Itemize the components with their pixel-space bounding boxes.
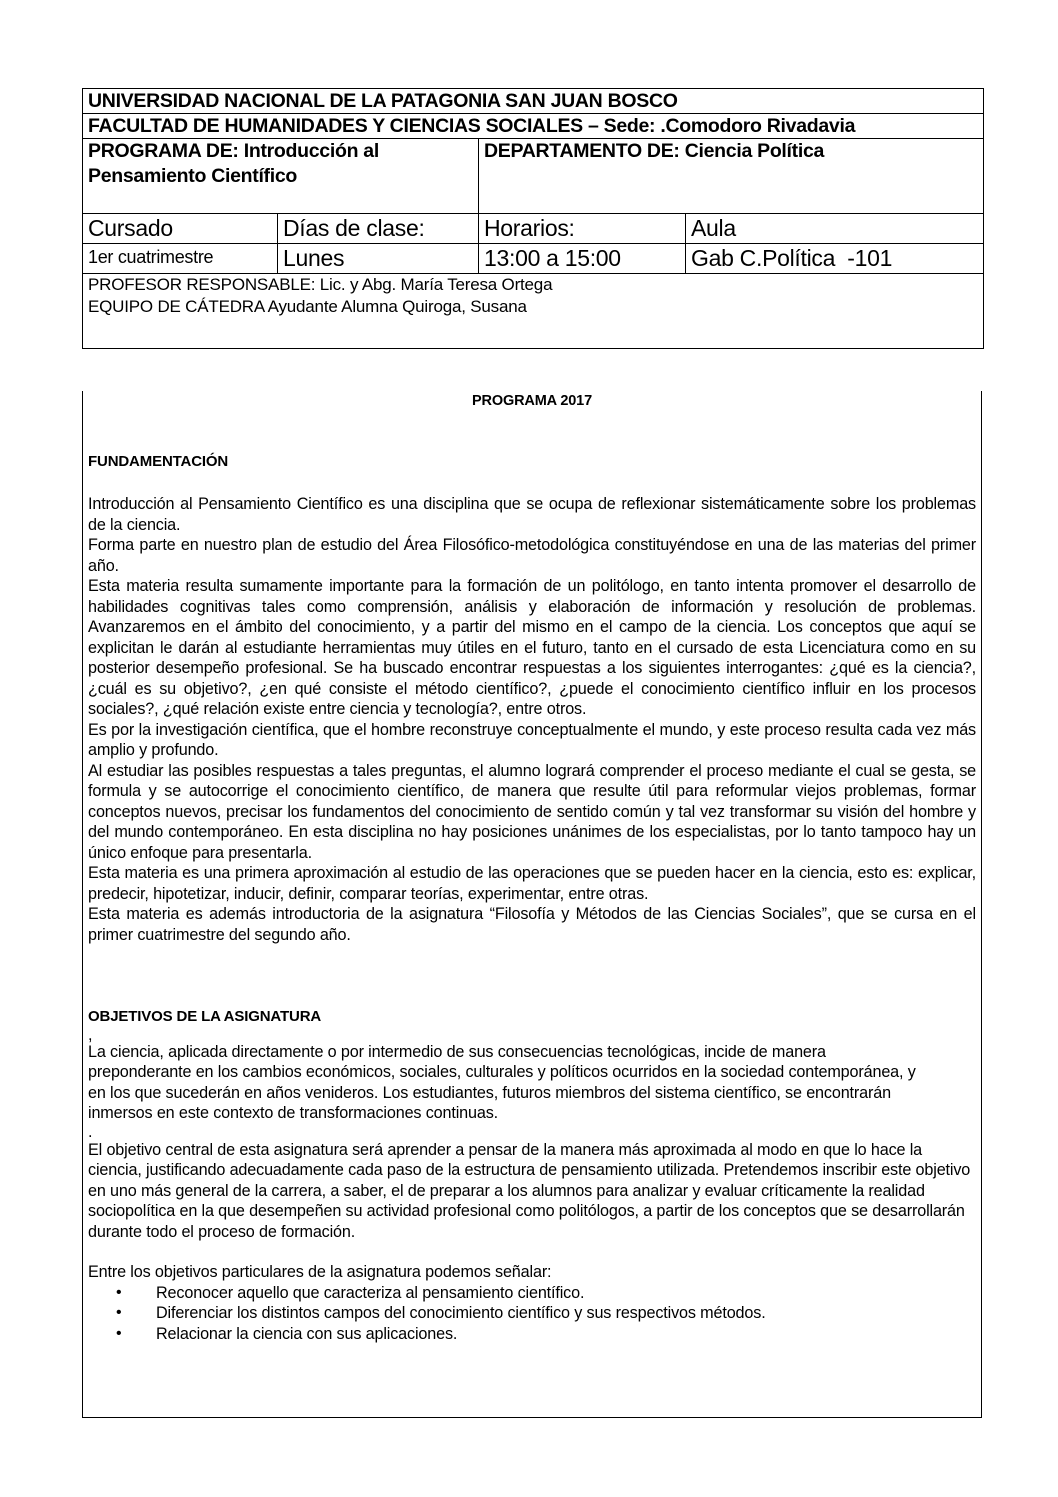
objetivos-list: Reconocer aquello que caracteriza al pen…	[88, 1283, 976, 1345]
program-line-1: PROGRAMA DE: Introducción al	[88, 139, 473, 164]
fundamentacion-paragraph: Forma parte en nuestro plan de estudio d…	[88, 535, 976, 576]
professor-responsible: PROFESOR RESPONSABLE: Lic. y Abg. María …	[88, 274, 978, 296]
fundamentacion-paragraph: Esta materia es una primera aproximación…	[88, 863, 976, 904]
fundamentacion-paragraph: Introducción al Pensamiento Científico e…	[88, 494, 976, 535]
objetivos-intro: Entre los objetivos particulares de la a…	[88, 1262, 976, 1283]
objetivos-paragraph: El objetivo central de esta asignatura s…	[88, 1140, 976, 1243]
fundamentacion-paragraph: Esta materia es además introductoria de …	[88, 904, 976, 945]
objetivos-heading: OBJETIVOS DE LA ASIGNATURA	[88, 1007, 976, 1028]
list-item: Relacionar la ciencia con sus aplicacion…	[156, 1324, 976, 1345]
document-page: UNIVERSIDAD NACIONAL DE LA PATAGONIA SAN…	[82, 88, 983, 1418]
staff-cell: PROFESOR RESPONSABLE: Lic. y Abg. María …	[83, 274, 984, 349]
header-horarios: Horarios:	[479, 214, 686, 244]
header-table: UNIVERSIDAD NACIONAL DE LA PATAGONIA SAN…	[82, 88, 984, 349]
university-name: UNIVERSIDAD NACIONAL DE LA PATAGONIA SAN…	[83, 89, 984, 114]
objetivos-paragraph: La ciencia, aplicada directamente o por …	[88, 1042, 976, 1124]
header-cursado: Cursado	[83, 214, 278, 244]
fundamentacion-paragraph: Es por la investigación científica, que …	[88, 720, 976, 761]
list-item: Reconocer aquello que caracteriza al pen…	[156, 1283, 976, 1304]
stray-comma: ,	[88, 1028, 976, 1042]
teaching-team: EQUIPO DE CÁTEDRA Ayudante Alumna Quirog…	[88, 296, 978, 318]
list-item: Diferenciar los distintos campos del con…	[156, 1303, 976, 1324]
program-title: PROGRAMA 2017	[88, 391, 976, 412]
value-dias: Lunes	[278, 244, 479, 274]
department-name: DEPARTAMENTO DE: Ciencia Política	[479, 139, 984, 214]
program-name: PROGRAMA DE: Introducción al Pensamiento…	[83, 139, 479, 214]
program-body: PROGRAMA 2017 FUNDAMENTACIÓN Introducció…	[82, 391, 982, 1418]
header-dias: Días de clase:	[278, 214, 479, 244]
faculty-name: FACULTAD DE HUMANIDADES Y CIENCIAS SOCIA…	[83, 114, 984, 139]
value-aula: Gab C.Política -101	[686, 244, 984, 274]
header-aula: Aula	[686, 214, 984, 244]
objetivos-text: , La ciencia, aplicada directamente o po…	[88, 1028, 976, 1345]
stray-period: .	[88, 1124, 976, 1140]
fundamentacion-paragraph: Esta materia resulta sumamente important…	[88, 576, 976, 720]
fundamentacion-text: Introducción al Pensamiento Científico e…	[88, 494, 976, 945]
fundamentacion-paragraph: Al estudiar las posibles respuestas a ta…	[88, 761, 976, 864]
value-cursado: 1er cuatrimestre	[83, 244, 278, 274]
program-line-2: Pensamiento Científico	[88, 164, 473, 189]
value-horarios: 13:00 a 15:00	[479, 244, 686, 274]
fundamentacion-heading: FUNDAMENTACIÓN	[88, 452, 976, 473]
